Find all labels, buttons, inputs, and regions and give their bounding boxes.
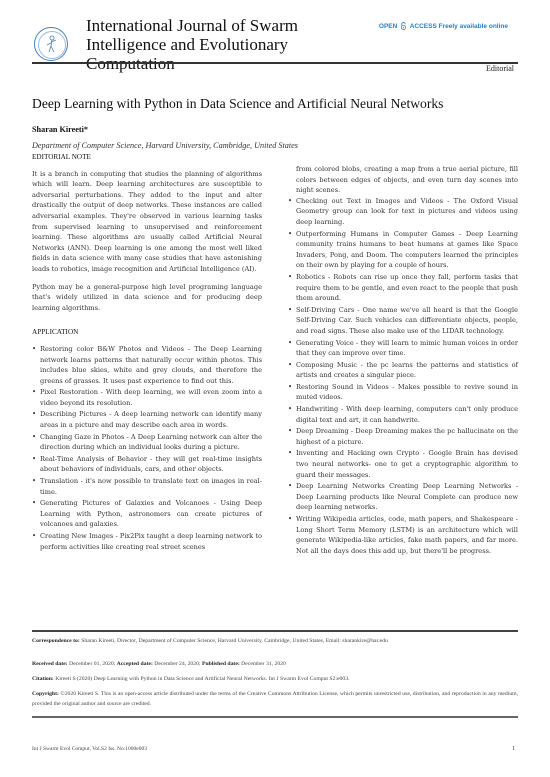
application-list-right: Checking out Text in Images and Videos -… [288, 196, 518, 557]
figure-icon [44, 35, 60, 55]
list-item: Generating Voice - they will learn to mi… [288, 338, 518, 359]
list-item-continuation: from colored blobs, creating a map from … [288, 164, 518, 196]
list-item: Robotics - Robots can rise up once they … [288, 272, 518, 304]
copyright-label: Copyright: [32, 691, 59, 697]
citation-text: Kireeti S (2020) Deep Learning with Pyth… [55, 676, 349, 682]
list-item: Writing Wikipedia articles, code, math p… [288, 514, 518, 556]
list-item: Restoring color B&W Photos and Videos - … [32, 344, 262, 386]
journal-reference: Int J Swarm Evol Comput, Vol.S2 Iss. No:… [32, 746, 147, 752]
footer-divider-bottom [32, 716, 518, 718]
header-divider [32, 62, 518, 64]
access-label: ACCESS [410, 23, 437, 30]
open-label: OPEN [379, 23, 397, 30]
page-number: 1 [512, 745, 515, 752]
list-item: Describing Pictures - A deep learning ne… [32, 409, 262, 430]
published-value: December 31, 2020 [241, 661, 286, 667]
list-item: Outperforming Humans in Computer Games -… [288, 229, 518, 271]
list-item: Translation - it's now possible to trans… [32, 476, 262, 497]
left-column: EDITORIAL NOTE It is a branch in computi… [32, 152, 262, 553]
copyright-note: Copyright: ©2020 Kireeti S. This is an o… [32, 690, 518, 709]
footer-divider-top [32, 630, 518, 632]
correspondence-note: Correspondence to: Sharan Kireeti, Direc… [32, 637, 518, 647]
list-item: Deep Dreaming - Deep Dreaming makes the … [288, 426, 518, 447]
dates-note: Received date: December 01, 2020; Accept… [32, 660, 518, 670]
article-author: Sharan Kireeti* [32, 125, 88, 134]
article-title: Deep Learning with Python in Data Scienc… [32, 96, 443, 112]
copyright-text: ©2020 Kireeti S. This is an open-access … [32, 691, 518, 707]
list-item: Deep Learning Networks Creating Deep Lea… [288, 481, 518, 513]
list-item: Composing Music - the pc learns the patt… [288, 360, 518, 381]
journal-seal-icon [34, 27, 68, 61]
open-lock-icon [400, 22, 407, 30]
list-item: Changing Gaze in Photos - A Deep Learnin… [32, 432, 262, 453]
received-label: Received date: [32, 661, 68, 667]
article-type-label: Editorial [486, 64, 514, 73]
accepted-label: Accepted date: [117, 661, 153, 667]
journal-title-line-3: Computation [86, 54, 346, 73]
journal-title-line-2: Intelligence and Evolutionary [86, 35, 346, 54]
editorial-paragraph-1: It is a branch in computing that studies… [32, 169, 262, 275]
list-item: Generating Pictures of Galaxies and Volc… [32, 498, 262, 530]
freely-available-label: Freely available online [439, 23, 508, 30]
editorial-paragraph-2: Python may be a general-purpose high lev… [32, 282, 262, 314]
open-access-badge: OPEN ACCESS Freely available online [379, 22, 508, 30]
correspondence-text: Sharan Kireeti, Director, Department of … [81, 638, 388, 644]
list-item: Checking out Text in Images and Videos -… [288, 196, 518, 228]
list-item: Inventing and Hacking own Crypto - Googl… [288, 448, 518, 480]
published-label: Published date: [202, 661, 240, 667]
list-item: Pixel Restoration - With deep learning, … [32, 387, 262, 408]
citation-note: Citation: Kireeti S (2020) Deep Learning… [32, 675, 518, 685]
application-list-left: Restoring color B&W Photos and Videos - … [32, 344, 262, 552]
list-item: Restoring Sound in Videos - Makes possib… [288, 382, 518, 403]
list-item: Handwriting - With deep learning, comput… [288, 404, 518, 425]
correspondence-label: Correspondence to: [32, 638, 80, 644]
received-value: December 01, 2020; [69, 661, 115, 667]
editorial-note-heading: EDITORIAL NOTE [32, 152, 262, 163]
author-affiliation: Department of Computer Science, Harvard … [32, 141, 298, 150]
journal-title-line-1: International Journal of Swarm [86, 16, 346, 35]
list-item: Self-Driving Cars - One name we've all h… [288, 305, 518, 337]
citation-label: Citation: [32, 676, 54, 682]
list-item: Real-Time Analysis of Behavior - they wi… [32, 454, 262, 475]
application-heading: APPLICATION [32, 327, 262, 338]
list-item: Creating New Images - Pix2Pix taught a d… [32, 531, 262, 552]
journal-title: International Journal of Swarm Intellige… [86, 16, 346, 73]
accepted-value: December 24, 2020; [154, 661, 200, 667]
journal-header: International Journal of Swarm Intellige… [32, 14, 518, 58]
right-column: from colored blobs, creating a map from … [288, 164, 518, 557]
